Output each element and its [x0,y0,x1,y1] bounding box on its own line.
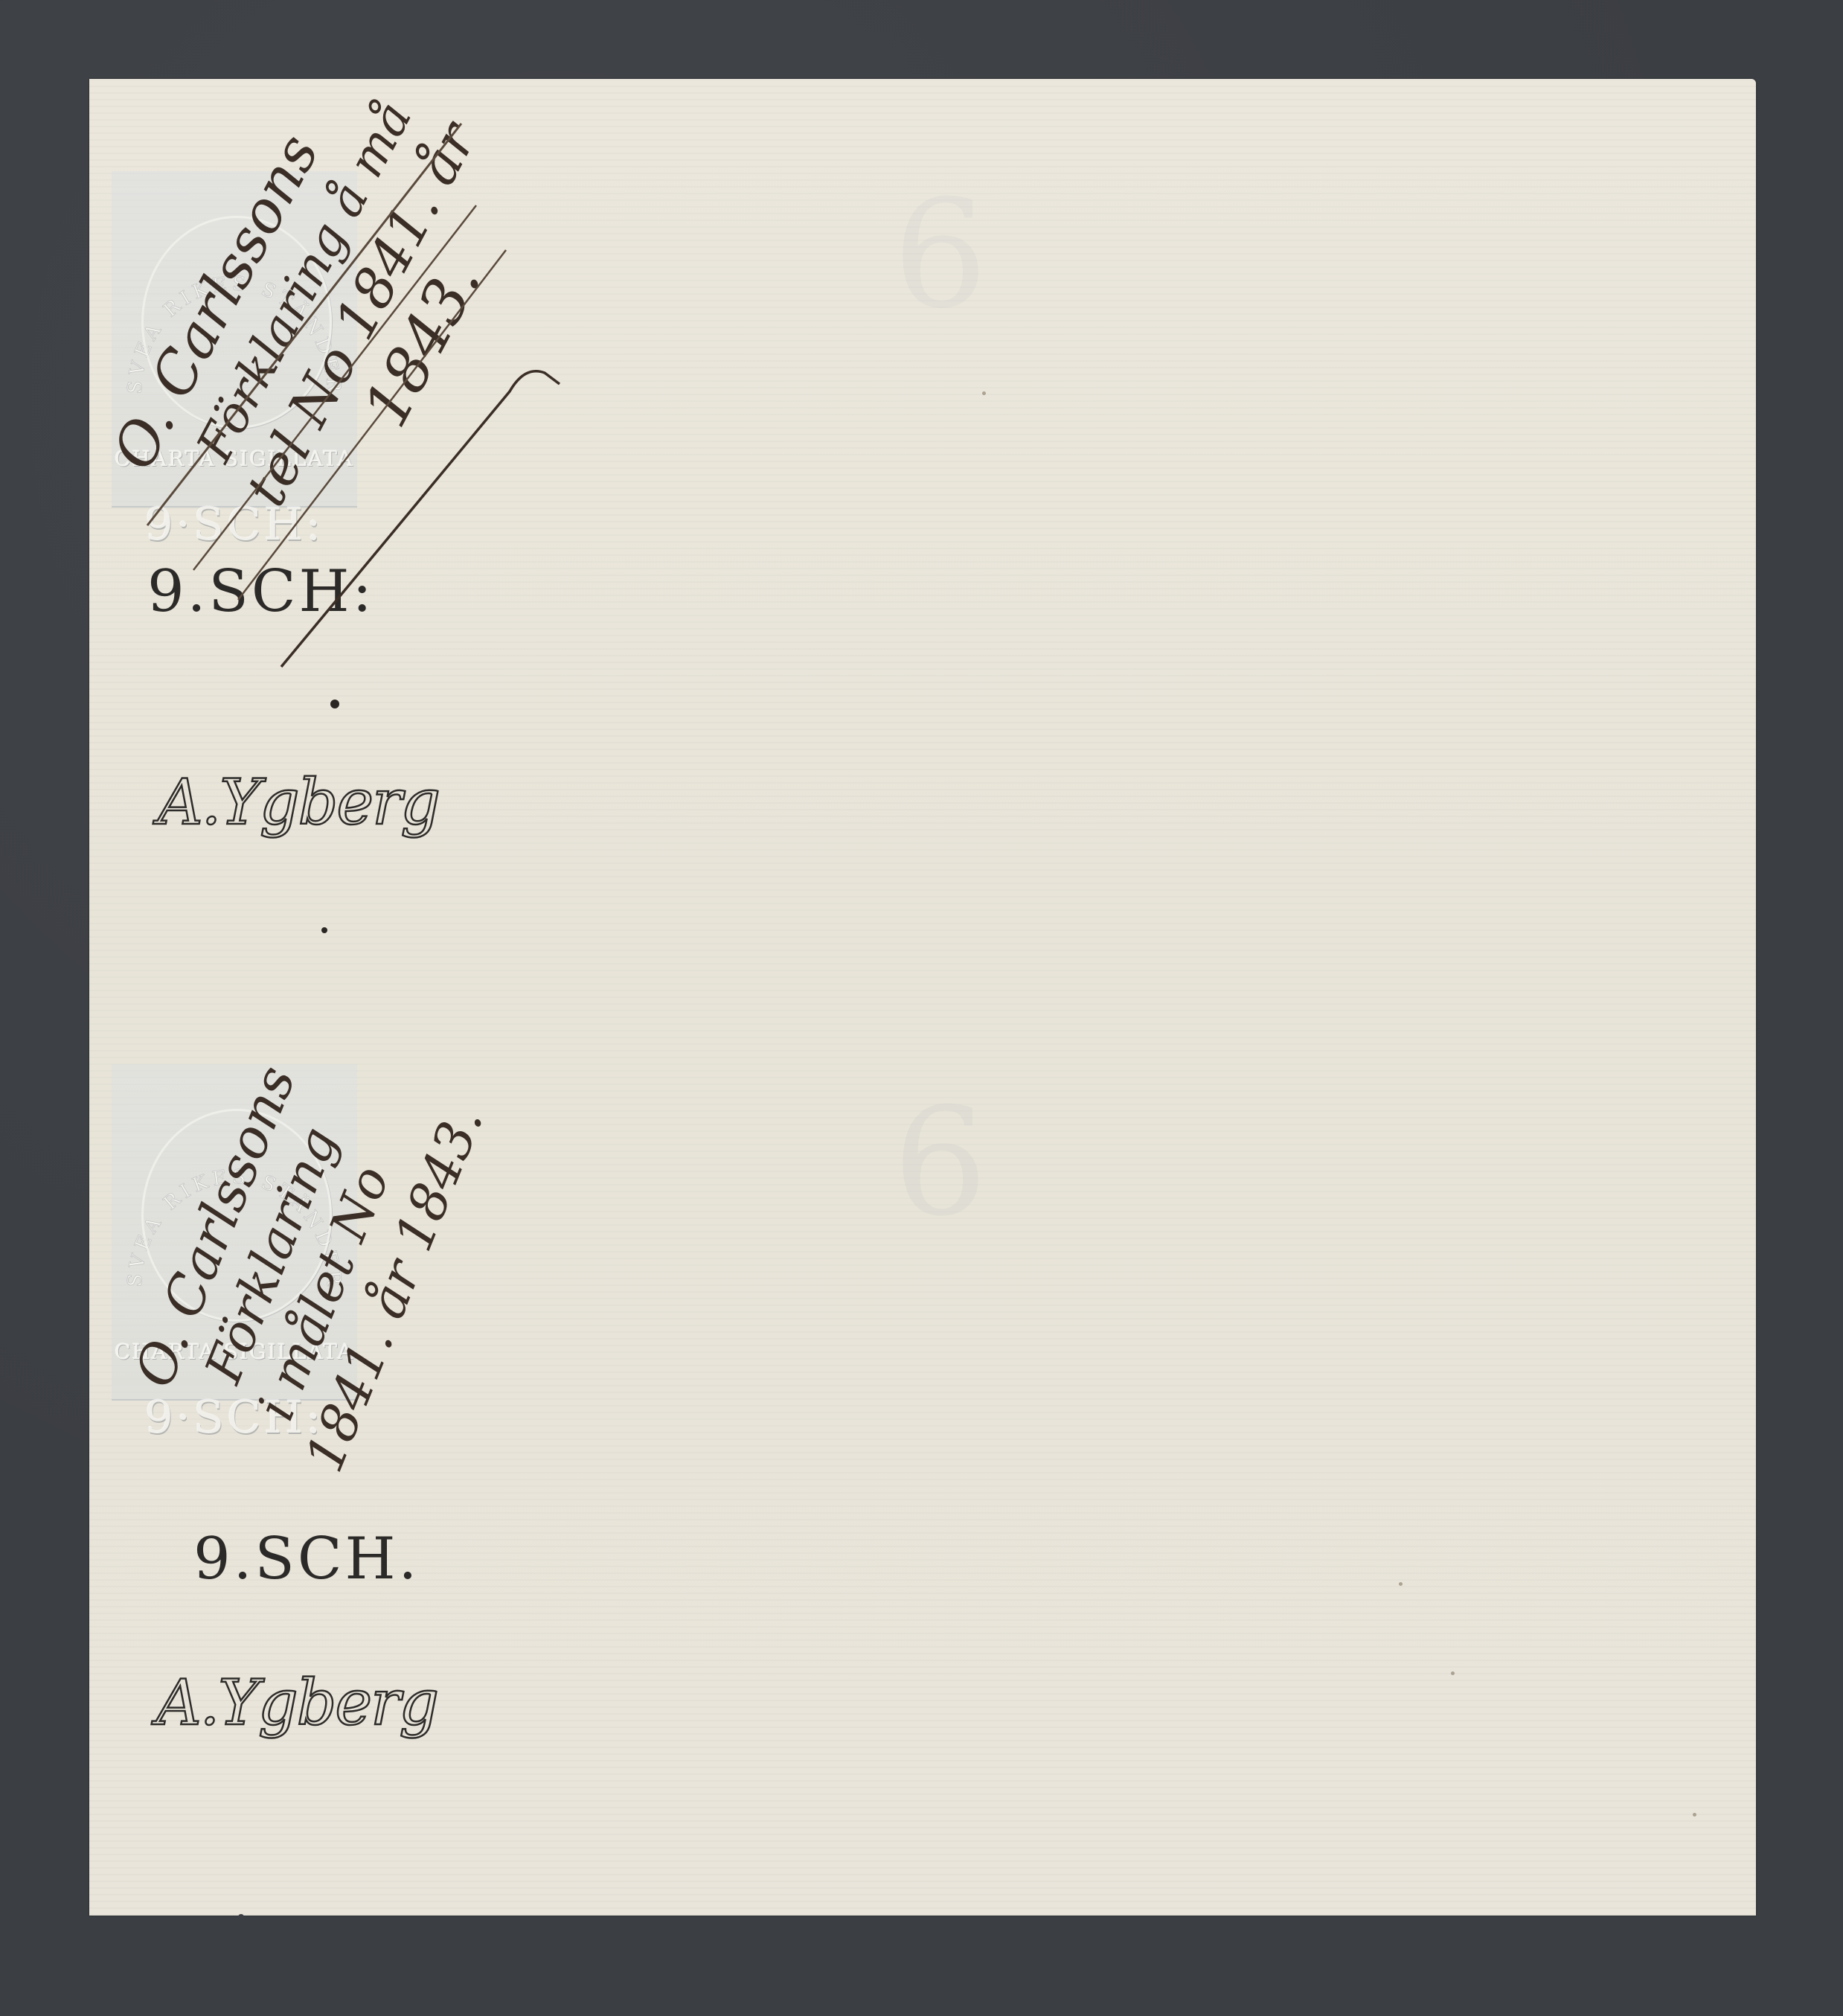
ink-slash-strokes-1 [89,79,1756,1916]
printed-signature: A.Ygberg [156,1671,437,1734]
document-sheet: 6 6 SVEA RIKES STÄNDERS CHARTA SIGILLATA… [89,79,1756,1916]
printed-value: 9.SCH. [193,1530,420,1588]
